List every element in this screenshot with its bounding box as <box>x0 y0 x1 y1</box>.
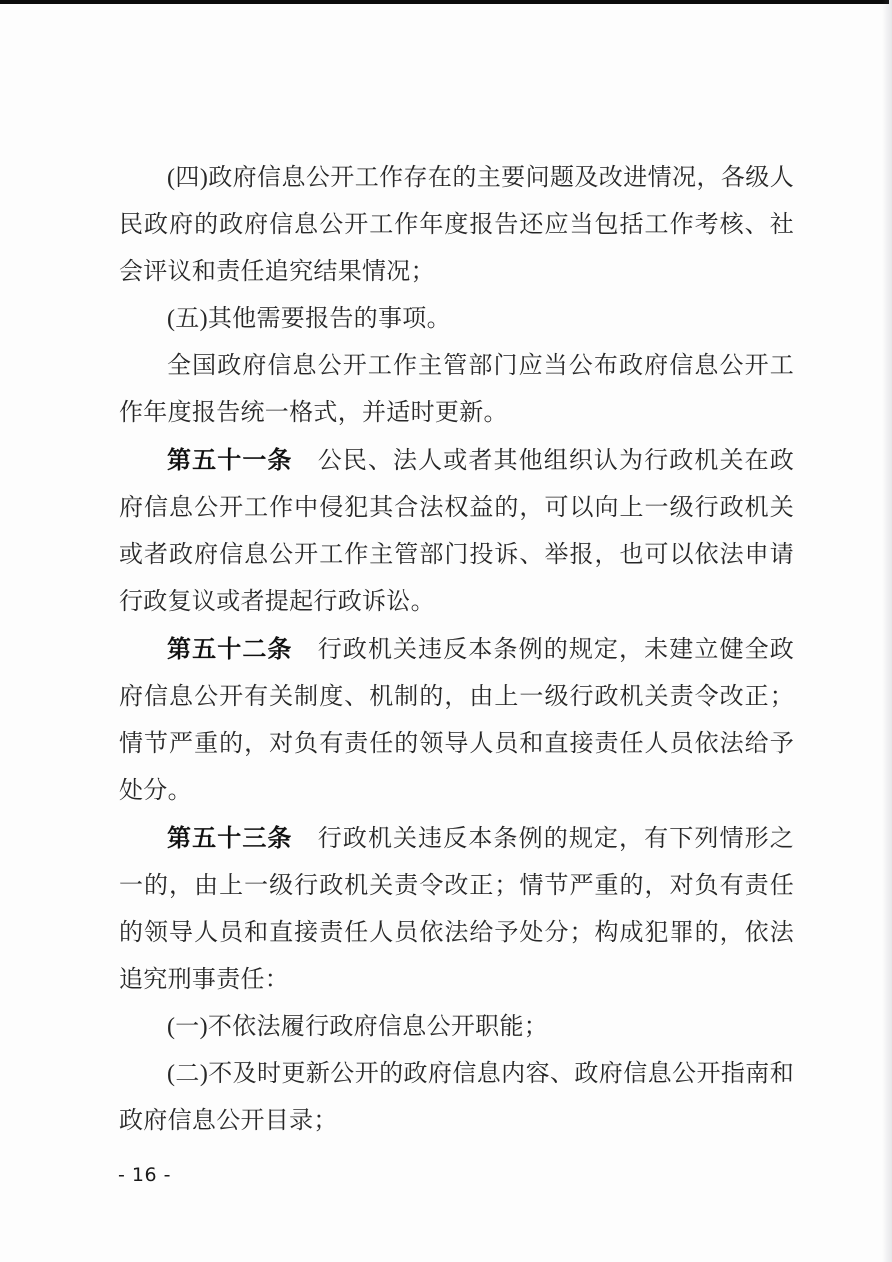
paragraph: (一)不依法履行政府信息公开职能； <box>119 1004 794 1051</box>
article-number: 第五十三条 <box>167 825 293 852</box>
paragraph: 全国政府信息公开工作主管部门应当公布政府信息公开工作年度报告统一格式，并适时更新… <box>119 343 794 437</box>
document-text-block: (四)政府信息公开工作存在的主要问题及改进情况，各级人民政府的政府信息公开工作年… <box>119 155 794 1145</box>
paragraph: (五)其他需要报告的事项。 <box>119 296 794 343</box>
article-paragraph: 第五十一条公民、法人或者其他组织认为行政机关在政府信息公开工作中侵犯其合法权益的… <box>119 437 794 626</box>
paragraph: (二)不及时更新公开的政府信息内容、政府信息公开指南和政府信息公开目录； <box>119 1051 794 1145</box>
article-number: 第五十一条 <box>167 447 293 474</box>
scan-right-edge-shadow <box>882 0 892 1262</box>
page-number: - 16 - <box>118 1164 171 1186</box>
article-paragraph: 第五十三条行政机关违反本条例的规定，有下列情形之一的，由上一级行政机关责令改正；… <box>119 815 794 1004</box>
article-number: 第五十二条 <box>167 636 293 663</box>
scan-top-edge-line <box>0 0 889 4</box>
article-paragraph: 第五十二条行政机关违反本条例的规定，未建立健全政府信息公开有关制度、机制的，由上… <box>119 626 794 815</box>
paragraph: (四)政府信息公开工作存在的主要问题及改进情况，各级人民政府的政府信息公开工作年… <box>119 155 794 296</box>
document-page: (四)政府信息公开工作存在的主要问题及改进情况，各级人民政府的政府信息公开工作年… <box>0 0 892 1262</box>
